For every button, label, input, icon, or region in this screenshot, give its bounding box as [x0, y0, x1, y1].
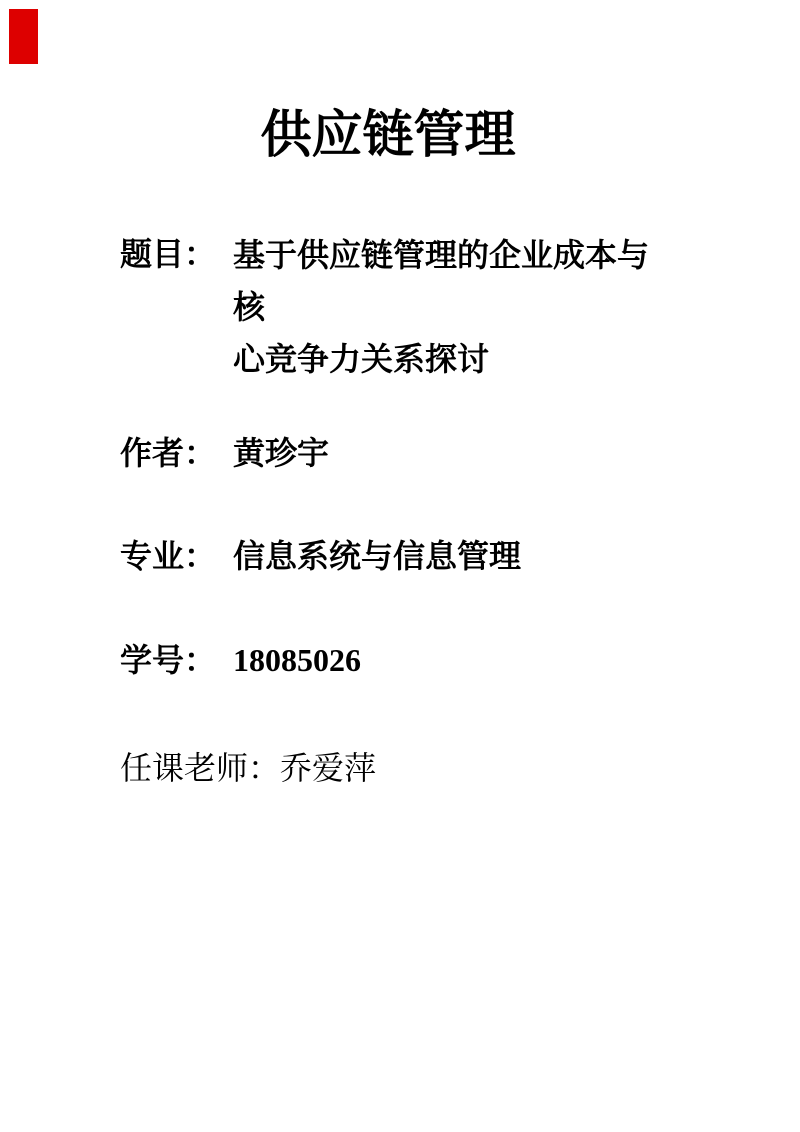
- field-major: 专业： 信息系统与信息管理: [120, 539, 216, 574]
- field-major-value: 信息系统与信息管理: [233, 539, 521, 574]
- field-author-value: 黄珍宇: [233, 436, 329, 471]
- red-marker: [9, 9, 38, 64]
- field-student-id-label: 学号：: [120, 643, 216, 678]
- topic-line-1: 基于供应链管理的企业成本与: [233, 237, 649, 289]
- field-author-label: 作者：: [120, 436, 216, 471]
- topic-line-2: 核: [233, 289, 649, 341]
- topic-line-3: 心竞争力关系探讨: [233, 341, 649, 393]
- field-major-label: 专业：: [120, 539, 216, 574]
- field-teacher-value: 乔爱萍: [280, 750, 376, 786]
- field-topic-label: 题目：: [120, 237, 216, 272]
- field-author: 作者： 黄珍宇: [120, 436, 216, 471]
- document-page: 供应链管理 题目： 基于供应链管理的企业成本与 核 心竞争力关系探讨 作者： 黄…: [0, 0, 800, 1132]
- document-title: 供应链管理: [0, 108, 800, 164]
- field-teacher-label: 任课老师：: [120, 750, 280, 786]
- field-teacher: 任课老师：乔爱萍: [120, 751, 376, 786]
- field-topic-value: 基于供应链管理的企业成本与 核 心竞争力关系探讨: [233, 237, 649, 393]
- field-student-id-value: 18085026: [233, 643, 361, 678]
- field-student-id: 学号： 18085026: [120, 643, 216, 678]
- field-topic: 题目： 基于供应链管理的企业成本与 核 心竞争力关系探讨: [120, 237, 216, 272]
